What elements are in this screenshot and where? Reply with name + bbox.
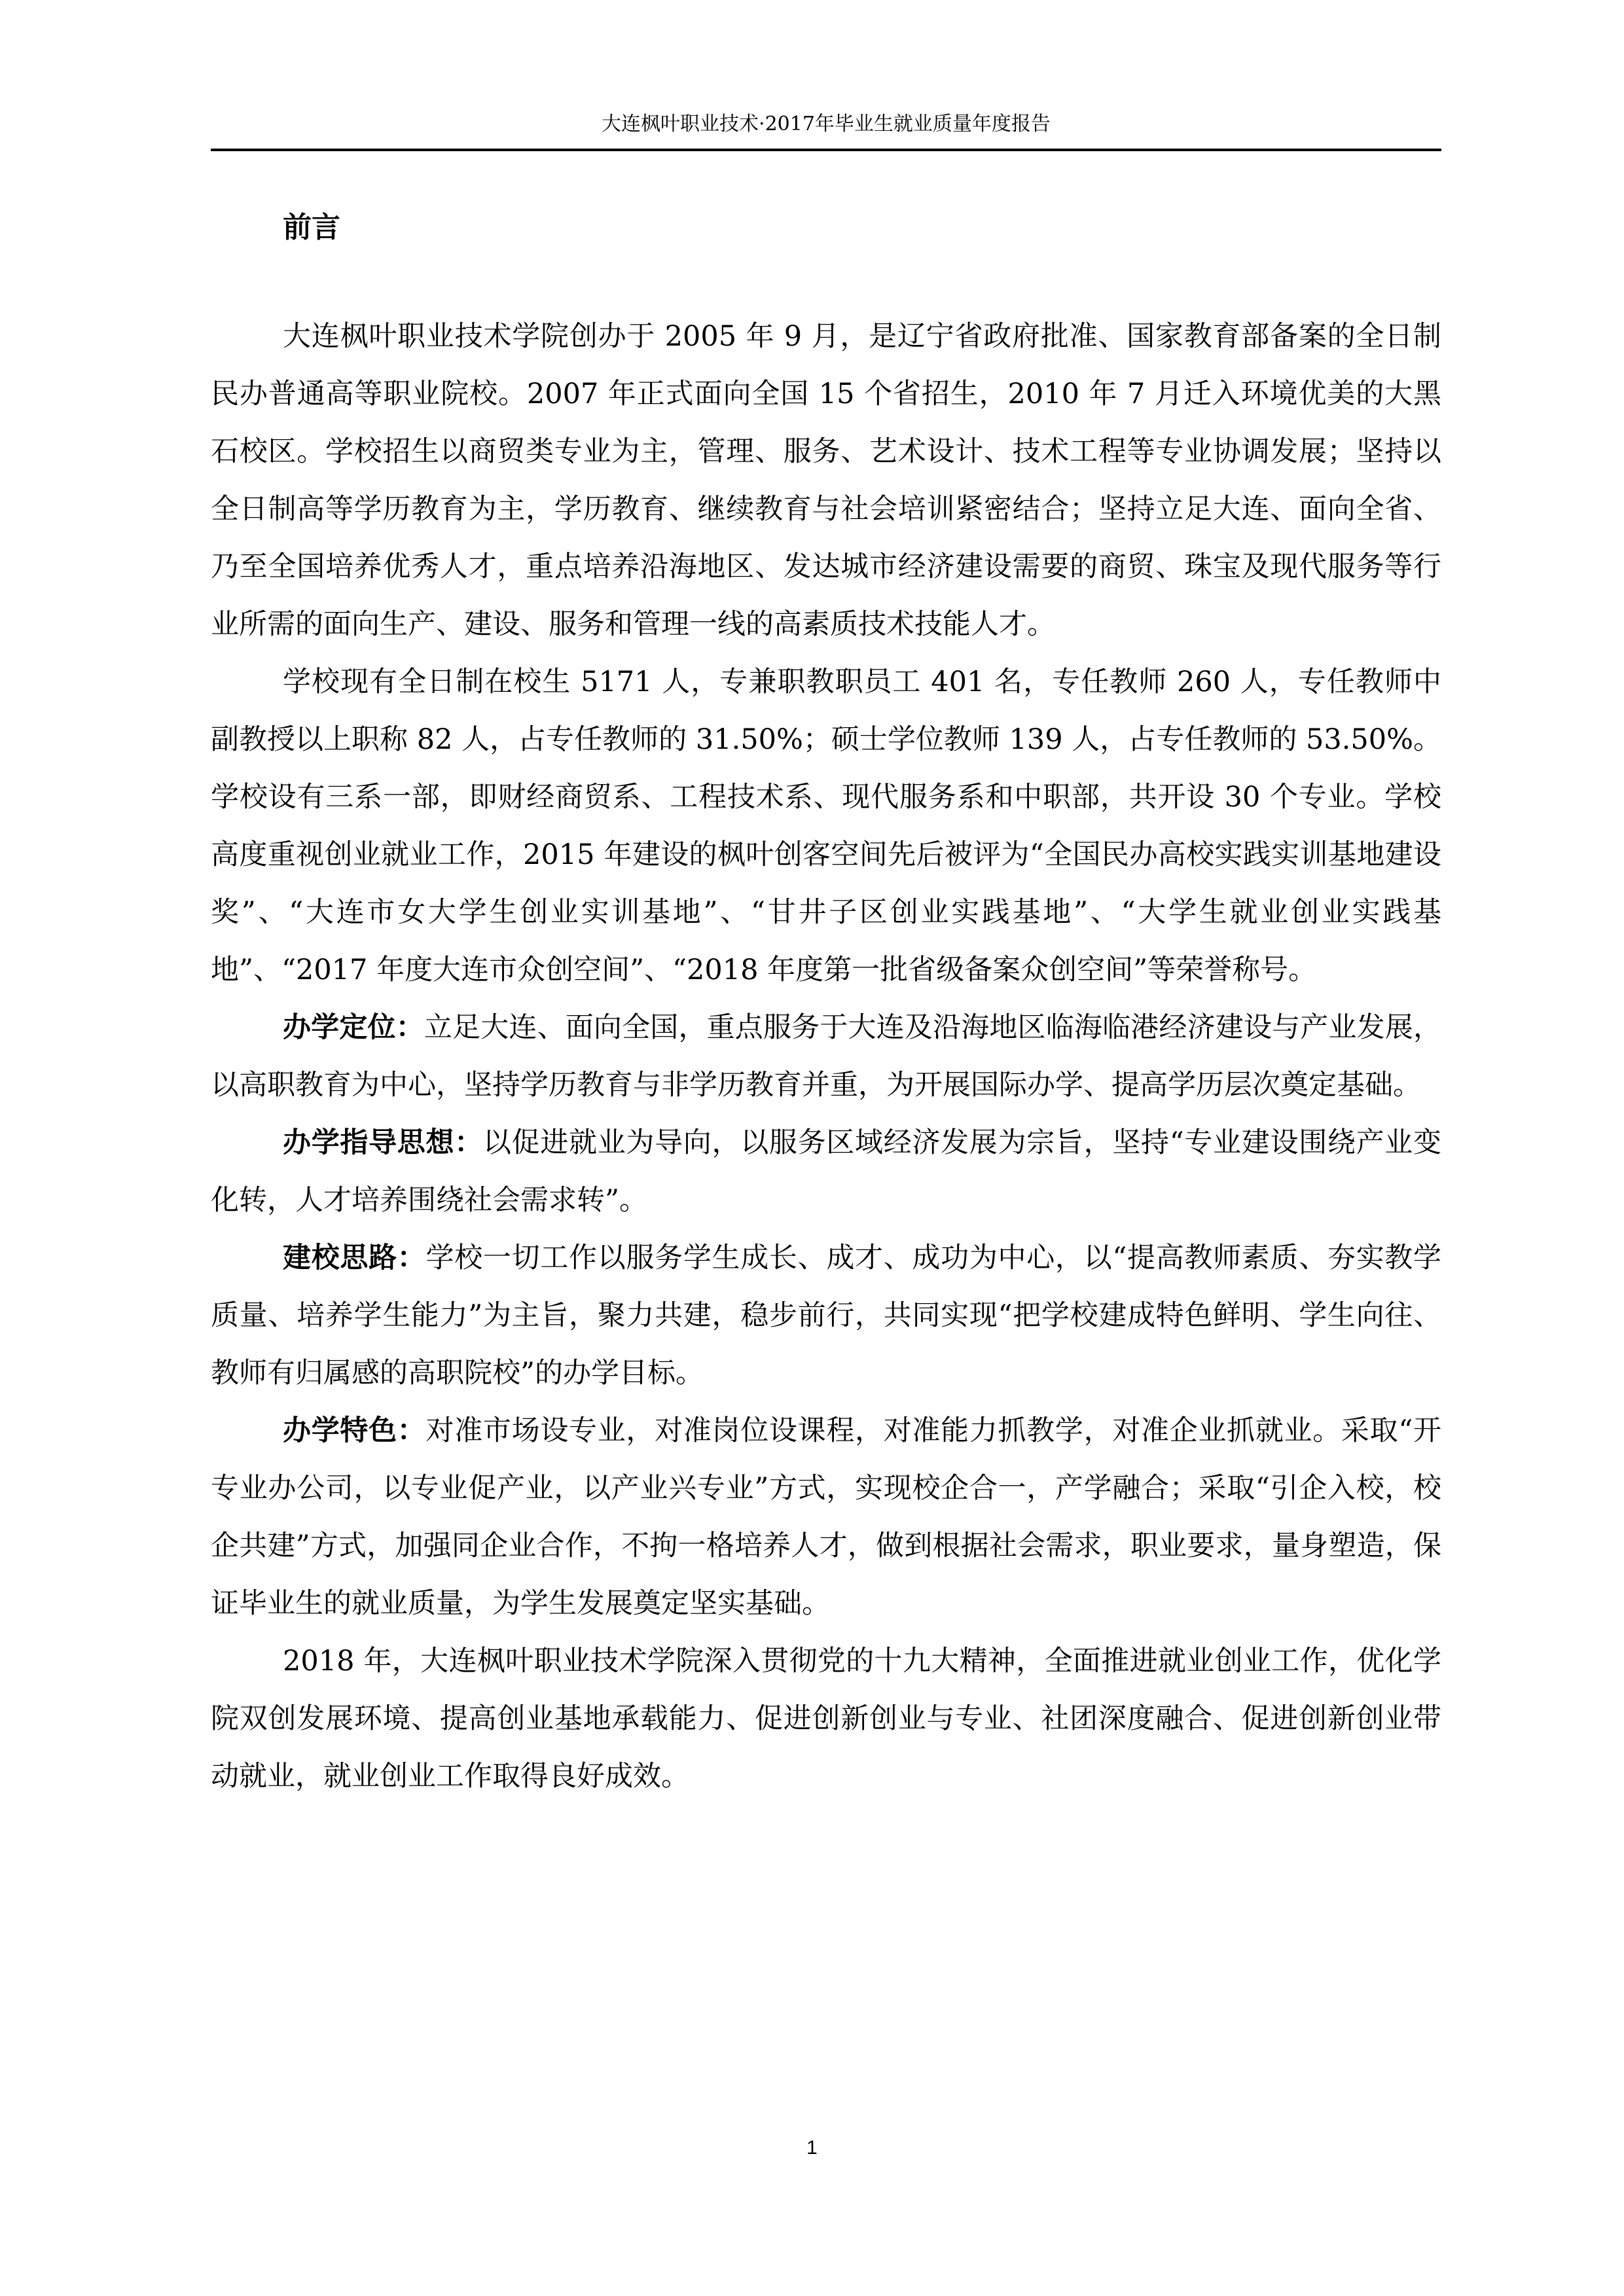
paragraph-lead: 办学定位： <box>283 1011 424 1044</box>
paragraph-guiding-ideology: 办学指导思想：以促进就业为导向，以服务区域经济发展为宗旨，坚持“专业建设围绕产业… <box>211 1114 1441 1229</box>
paragraph-founding-approach: 建校思路：学校一切工作以服务学生成长、成才、成功为中心，以“提高教师素质、夯实教… <box>211 1229 1441 1402</box>
paragraph-characteristics: 办学特色：对准市场设专业，对准岗位设课程，对准能力抓教学，对准企业抓就业。采取“… <box>211 1402 1441 1632</box>
body-text: 大连枫叶职业技术学院创办于 2005 年 9 月，是辽宁省政府批准、国家教育部备… <box>211 308 1441 1805</box>
paragraph-text: 学校现有全日制在校生 5171 人，专兼职教职员工 401 名，专任教师 260… <box>211 666 1441 986</box>
page-number: 1 <box>0 2135 1624 2161</box>
paragraph-lead: 办学特色： <box>283 1414 426 1447</box>
paragraph-text: 大连枫叶职业技术学院创办于 2005 年 9 月，是辽宁省政府批准、国家教育部备… <box>211 320 1441 641</box>
paragraph-2018-summary: 2018 年，大连枫叶职业技术学院深入贯彻党的十九大精神，全面推进就业创业工作，… <box>211 1632 1441 1805</box>
running-header: 大连枫叶职业技术·2017年毕业生就业质量年度报告 <box>211 110 1441 139</box>
paragraph-text: 2018 年，大连枫叶职业技术学院深入贯彻党的十九大精神，全面推进就业创业工作，… <box>211 1645 1441 1793</box>
paragraph-staff: 学校现有全日制在校生 5171 人，专兼职教职员工 401 名，专任教师 260… <box>211 653 1441 999</box>
paragraph-lead: 办学指导思想： <box>283 1126 483 1159</box>
header-divider <box>211 149 1441 151</box>
section-title: 前言 <box>283 208 340 247</box>
paragraph-positioning: 办学定位：立足大连、面向全国，重点服务于大连及沿海地区临海临港经济建设与产业发展… <box>211 999 1441 1114</box>
paragraph-lead: 建校思路： <box>283 1242 426 1274</box>
paragraph-intro: 大连枫叶职业技术学院创办于 2005 年 9 月，是辽宁省政府批准、国家教育部备… <box>211 308 1441 653</box>
